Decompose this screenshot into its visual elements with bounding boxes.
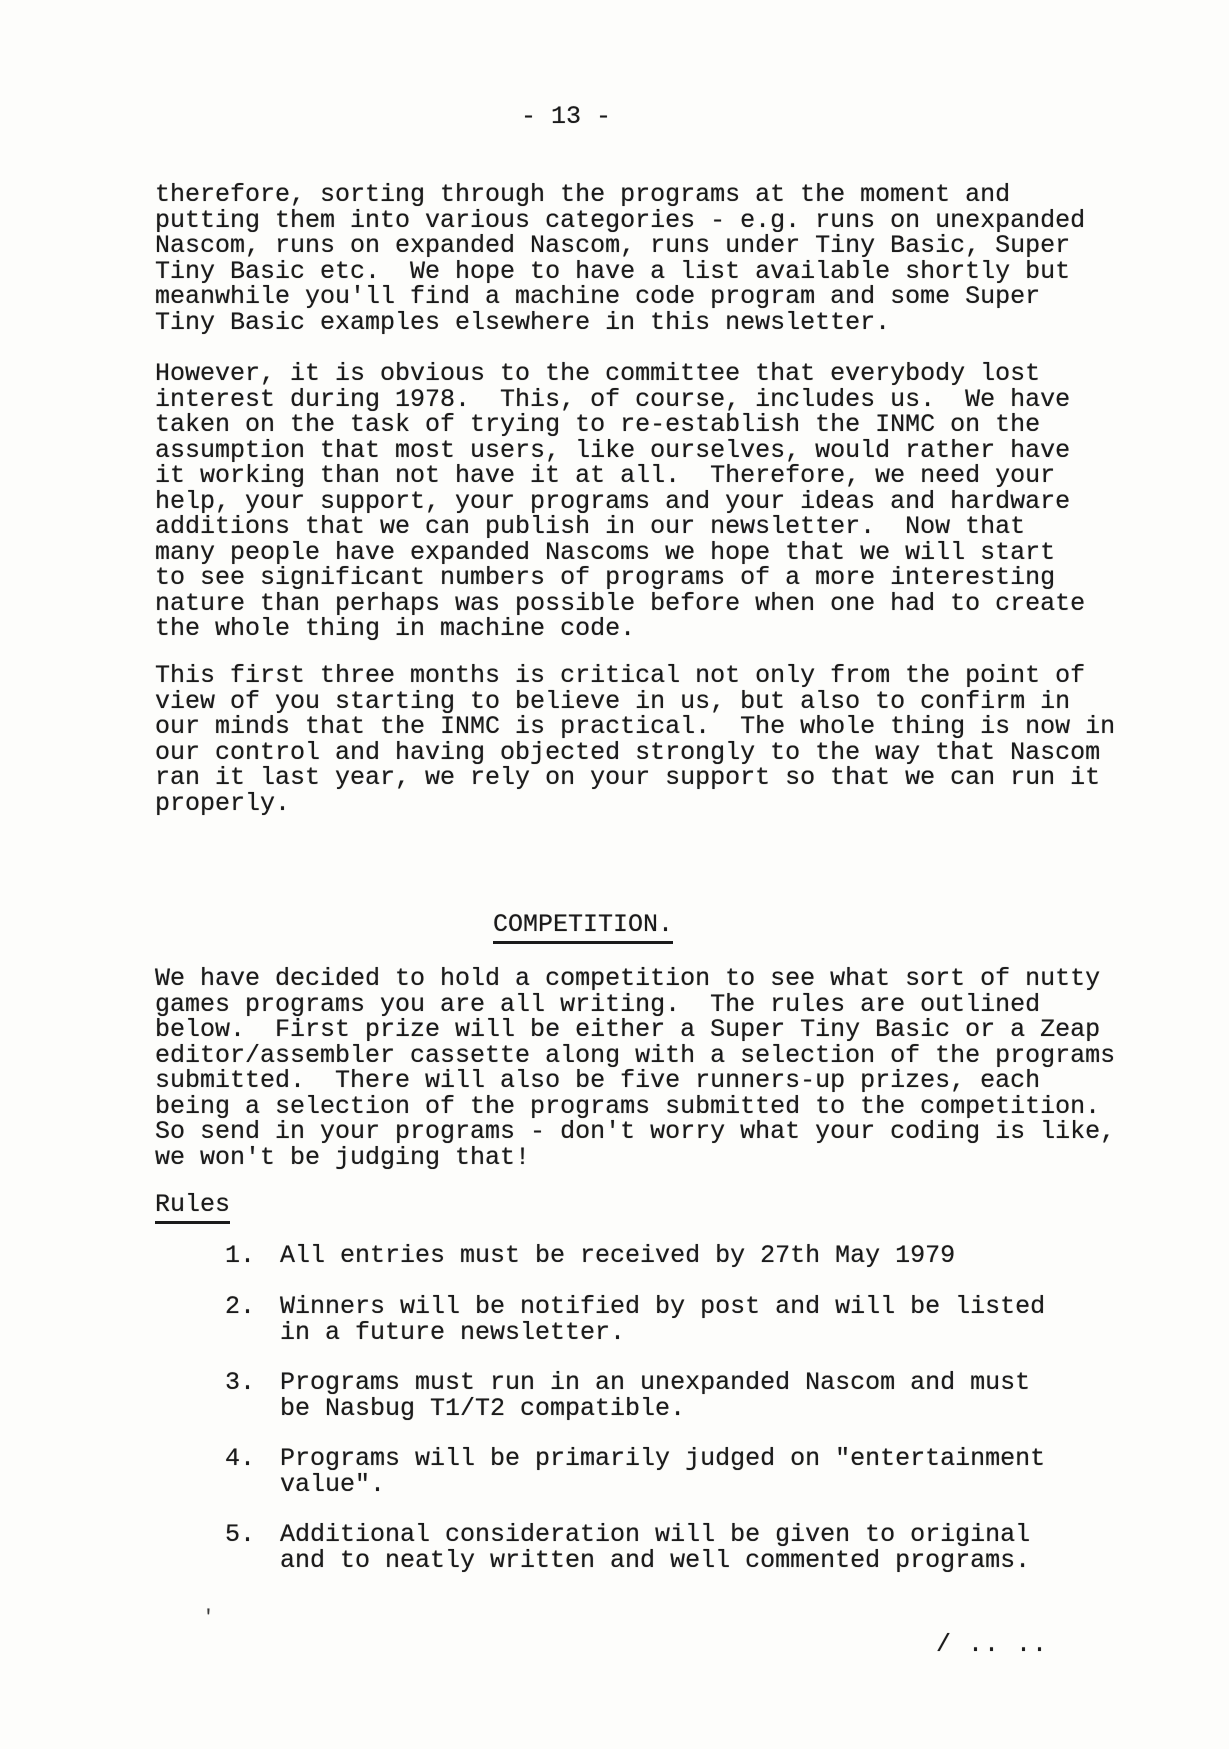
paragraph-three-months-critical: This first three months is critical not … — [155, 663, 1115, 816]
page-continuation-mark: / .. .. — [936, 1632, 1048, 1658]
rule-item-4: 4. Programs will be primarily judged on … — [225, 1446, 1045, 1497]
rule-item-5: 5. Additional consideration will be give… — [225, 1522, 1030, 1573]
rule-text-1: All entries must be received by 27th May… — [280, 1243, 955, 1269]
rule-text-2: Winners will be notified by post and wil… — [280, 1294, 1045, 1345]
paragraph-committee-interest: However, it is obvious to the committee … — [155, 361, 1085, 642]
rule-item-2: 2. Winners will be notified by post and … — [225, 1294, 1045, 1345]
rule-item-3: 3. Programs must run in an unexpanded Na… — [225, 1370, 1030, 1421]
rule-text-3: Programs must run in an unexpanded Nasco… — [280, 1370, 1030, 1421]
paragraph-competition-intro: We have decided to hold a competition to… — [155, 966, 1115, 1170]
rule-number-3: 3. — [225, 1370, 280, 1396]
rule-number-2: 2. — [225, 1294, 280, 1320]
rule-text-5: Additional consideration will be given t… — [280, 1522, 1030, 1573]
rules-heading: Rules — [155, 1192, 230, 1224]
scan-stray-mark: ' — [203, 1606, 214, 1632]
scanned-document-page: - 13 - therefore, sorting through the pr… — [0, 0, 1229, 1749]
rule-number-5: 5. — [225, 1522, 280, 1548]
rule-number-4: 4. — [225, 1446, 280, 1472]
rule-item-1: 1. All entries must be received by 27th … — [225, 1243, 955, 1269]
competition-heading: COMPETITION. — [493, 912, 673, 944]
rule-text-4: Programs will be primarily judged on "en… — [280, 1446, 1045, 1497]
rule-number-1: 1. — [225, 1243, 280, 1269]
page-number: - 13 - — [521, 104, 611, 130]
rules-heading-text: Rules — [155, 1192, 230, 1224]
paragraph-sorting-programs: therefore, sorting through the programs … — [155, 182, 1085, 335]
competition-heading-text: COMPETITION. — [493, 912, 673, 944]
